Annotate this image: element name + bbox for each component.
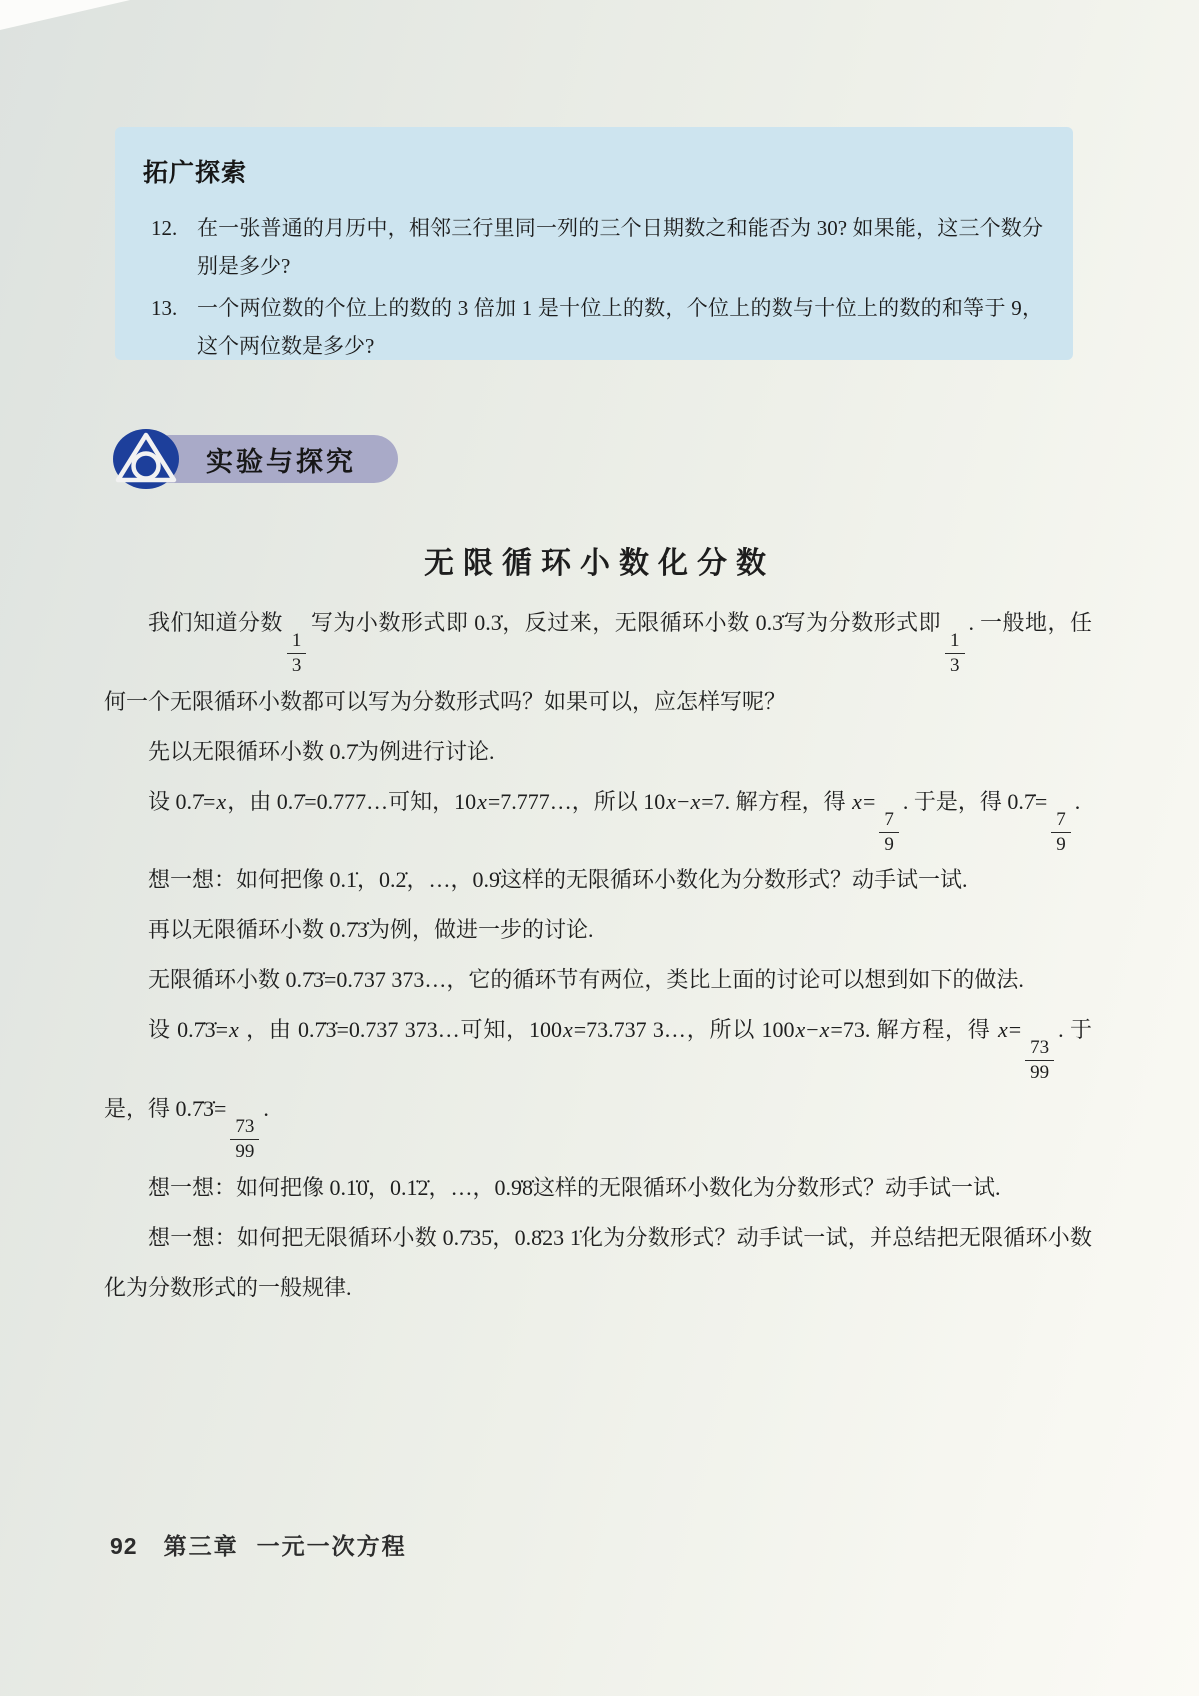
- section-badge: 实验与探究: [112, 428, 398, 490]
- paragraph: 设 0.7̇=x，由 0.7̇=0.777…可知，10x=7.777…，所以 1…: [104, 777, 1092, 856]
- article-body: 我们知道分数13写为小数形式即 0.3̇，反过来，无限循环小数 0.3̇写为分数…: [104, 598, 1092, 1313]
- paragraph: 想一想：如何把无限循环小数 0.7̇35̇，0.8̇23 1̇化为分数形式？动手…: [104, 1213, 1092, 1313]
- problem-text: 在一张普通的月历中，相邻三行里同一列的三个日期数之和能否为 30? 如果能，这三…: [197, 209, 1043, 285]
- fraction-denominator: 99: [235, 1140, 254, 1163]
- math-variable: x: [476, 789, 488, 814]
- explore-heading: 拓广探索: [143, 153, 1043, 189]
- problem-item: 13.一个两位数的个位上的数的 3 倍加 1 是十位上的数，个位上的数与十位上的…: [143, 289, 1043, 365]
- fraction-numerator: 7: [879, 809, 899, 833]
- math-variable: x: [794, 1017, 806, 1042]
- fraction-denominator: 3: [292, 654, 302, 677]
- math-variable: x: [689, 789, 701, 814]
- article-title: 无限循环小数化分数: [0, 538, 1199, 582]
- math-variable: x: [228, 1017, 240, 1042]
- math-variable: x: [997, 1017, 1009, 1042]
- fraction: 13: [945, 630, 965, 677]
- fraction-numerator: 1: [945, 630, 965, 654]
- fraction: 13: [287, 630, 307, 677]
- chapter-title: 一元一次方程: [257, 1528, 407, 1561]
- fraction: 7399: [1025, 1037, 1054, 1084]
- fraction: 79: [879, 809, 899, 856]
- section-badge-label: 实验与探究: [206, 440, 356, 479]
- fraction-numerator: 7: [1051, 809, 1071, 833]
- problem-item: 12.在一张普通的月历中，相邻三行里同一列的三个日期数之和能否为 30? 如果能…: [143, 209, 1043, 285]
- math-variable: x: [851, 789, 863, 814]
- math-variable: x: [562, 1017, 574, 1042]
- math-variable: x: [665, 789, 677, 814]
- paragraph: 想一想：如何把像 0.1̇，0.2̇，…，0.9̇这样的无限循环小数化为分数形式…: [104, 855, 1092, 905]
- math-variable: x: [215, 789, 227, 814]
- section-badge-pill: 实验与探究: [146, 435, 398, 483]
- problem-text: 一个两位数的个位上的数的 3 倍加 1 是十位上的数，个位上的数与十位上的数的和…: [197, 289, 1043, 365]
- fraction-numerator: 73: [230, 1116, 259, 1140]
- paragraph: 先以无限循环小数 0.7̇为例进行讨论.: [104, 727, 1092, 777]
- page-footer: 92 第三章 一元一次方程: [110, 1528, 407, 1561]
- math-variable: x: [819, 1017, 831, 1042]
- problem-number: 13.: [143, 289, 197, 327]
- chapter-label: 第三章: [164, 1528, 239, 1561]
- problem-number: 12.: [143, 209, 197, 247]
- scan-corner-artifact: [0, 0, 130, 30]
- fraction-denominator: 3: [950, 654, 960, 677]
- fraction-numerator: 73: [1025, 1037, 1054, 1061]
- paragraph: 我们知道分数13写为小数形式即 0.3̇，反过来，无限循环小数 0.3̇写为分数…: [104, 598, 1092, 727]
- paragraph: 设 0.7̇3̇=x ，由 0.7̇3̇=0.737 373…可知，100x=7…: [104, 1005, 1092, 1162]
- fraction: 79: [1051, 809, 1071, 856]
- explore-section-box: 拓广探索 12.在一张普通的月历中，相邻三行里同一列的三个日期数之和能否为 30…: [115, 127, 1073, 360]
- fraction-denominator: 99: [1030, 1061, 1049, 1084]
- problem-list: 12.在一张普通的月历中，相邻三行里同一列的三个日期数之和能否为 30? 如果能…: [143, 209, 1043, 365]
- fraction-denominator: 9: [1056, 833, 1066, 856]
- experiment-logo-icon: [112, 428, 180, 490]
- fraction-numerator: 1: [287, 630, 307, 654]
- paragraph: 无限循环小数 0.7̇3̇=0.737 373…，它的循环节有两位，类比上面的讨…: [104, 955, 1092, 1005]
- fraction: 7399: [230, 1116, 259, 1163]
- paragraph: 想一想：如何把像 0.1̇0̇，0.1̇2̇，…，0.9̇8̇这样的无限循环小数…: [104, 1163, 1092, 1213]
- fraction-denominator: 9: [884, 833, 894, 856]
- page-number: 92: [110, 1533, 138, 1560]
- paragraph: 再以无限循环小数 0.7̇3̇为例，做进一步的讨论.: [104, 905, 1092, 955]
- textbook-page: 拓广探索 12.在一张普通的月历中，相邻三行里同一列的三个日期数之和能否为 30…: [0, 0, 1199, 1696]
